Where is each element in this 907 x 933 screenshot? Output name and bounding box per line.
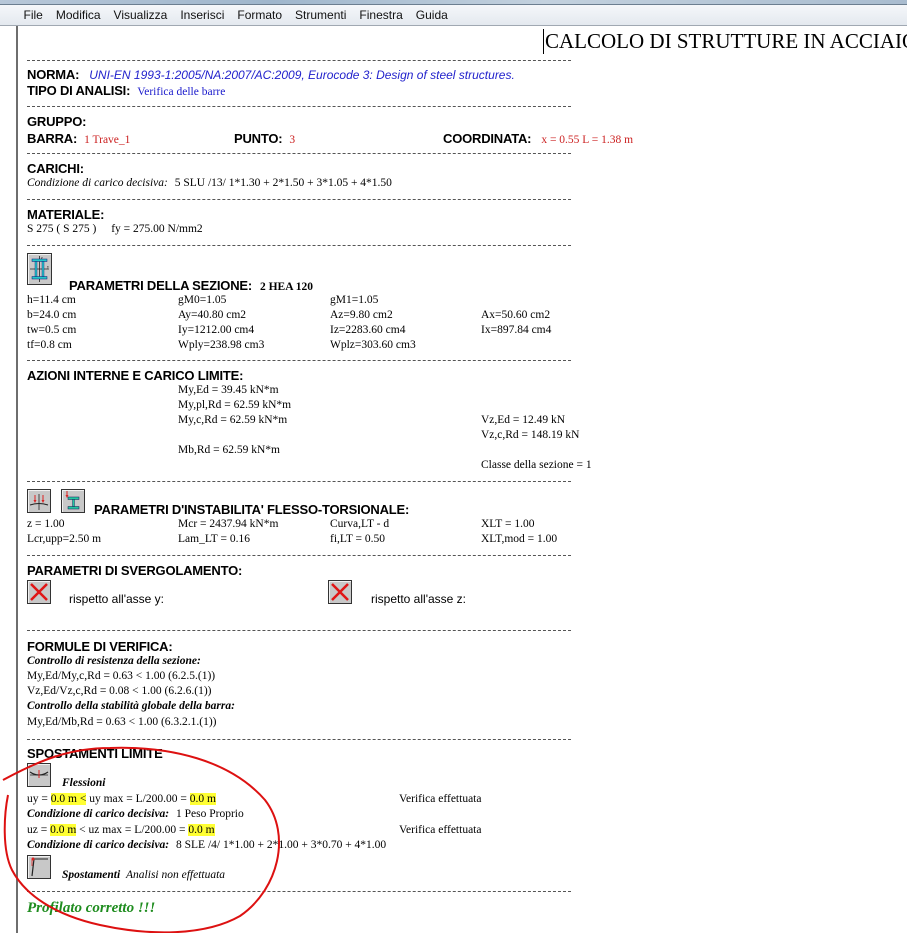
coordinata-line: COORDINATA: x = 0.55 L = 1.38 m [443, 130, 633, 148]
disabled-x-icon[interactable] [27, 580, 51, 604]
vz-c-rd: Vz,c,Rd = 148.19 kN [481, 429, 579, 441]
document-title[interactable]: CALCOLO DI STRUTTURE IN ACCIAIO [543, 29, 907, 54]
uz-status: Verifica effettuata [399, 824, 481, 836]
sezione-cell: h=11.4 cm [27, 294, 76, 306]
norma-label: NORMA: [27, 67, 79, 82]
instabilita-cell: z = 1.00 [27, 518, 64, 530]
separator [27, 153, 571, 154]
uy-condizione-line: Condizione di carico decisiva: 1 Peso Pr… [27, 808, 244, 820]
materiale-label: MATERIALE: [27, 207, 104, 222]
carichi-label: CARICHI: [27, 161, 84, 176]
section-properties-icon[interactable]: z y [27, 253, 52, 285]
resistenza-line-1: My,Ed/My,c,Rd = 0.63 < 1.00 (6.2.5.(1)) [27, 670, 215, 682]
instabilita-cell: fi,LT = 0.50 [330, 533, 385, 545]
barra-line: BARRA: 1 Trave_1 [27, 130, 130, 148]
instabilita-cell: Mcr = 2437.94 kN*m [178, 518, 278, 530]
coordinata-value: x = 0.55 L = 1.38 m [541, 134, 633, 146]
sezione-cell: Ix=897.84 cm4 [481, 324, 551, 336]
resistenza-line-2: Vz,Ed/Vz,c,Rd = 0.08 < 1.00 (6.2.6.(1)) [27, 685, 211, 697]
my-ed: My,Ed = 39.45 kN*m [178, 384, 279, 396]
menu-visualizza[interactable]: Visualizza [107, 8, 174, 22]
sezione-cell: Wply=238.98 cm3 [178, 339, 264, 351]
instabilita-cell: XLT,mod = 1.00 [481, 533, 557, 545]
result-message: Profilato corretto !!! [27, 900, 155, 917]
menu-inserisci[interactable]: Inserisci [174, 8, 231, 22]
vz-ed: Vz,Ed = 12.49 kN [481, 414, 565, 426]
stabilita-label: Controllo della stabilità globale della … [27, 700, 235, 712]
uz-line: uz = 0.0 m < uz max = L/200.00 = 0.0 m [27, 824, 215, 836]
materiale-line: S 275 ( S 275 ) fy = 275.00 N/mm2 [27, 223, 203, 235]
classe-sezione: Classe della sezione = 1 [481, 459, 592, 471]
uy-status: Verifica effettuata [399, 793, 481, 805]
uz-condizione-label: Condizione di carico decisiva: [27, 839, 169, 851]
separator [27, 199, 571, 200]
uy-condizione-value: 1 Peso Proprio [176, 808, 244, 820]
coordinata-label: COORDINATA: [443, 131, 531, 146]
uy-line: uy = 0.0 m < uy max = L/200.00 = 0.0 m [27, 793, 216, 805]
menu-file[interactable]: File [17, 8, 49, 22]
menu-finestra[interactable]: Finestra [353, 8, 409, 22]
barra-value: 1 Trave_1 [84, 134, 130, 146]
instabilita-label: PARAMETRI D'INSTABILITA' FLESSO-TORSIONA… [94, 502, 409, 517]
menu-guida[interactable]: Guida [409, 8, 454, 22]
sezione-label: PARAMETRI DELLA SEZIONE: [69, 278, 252, 293]
separator [27, 555, 571, 556]
punto-label: PUNTO: [234, 131, 282, 146]
spostamenti-sub-value: Analisi non effettuata [126, 869, 225, 881]
carichi-condizione-value: 5 SLU /13/ 1*1.30 + 2*1.50 + 3*1.05 + 4*… [175, 177, 392, 189]
my-pl-rd: My,pl,Rd = 62.59 kN*m [178, 399, 291, 411]
svg-text:y: y [47, 264, 49, 269]
materiale-name: S 275 ( S 275 ) [27, 223, 96, 235]
disabled-x-icon[interactable] [328, 580, 352, 604]
menu-bar: File Modifica Visualizza Inserisci Forma… [0, 5, 907, 26]
spostamenti-sub-label: Spostamenti [62, 869, 120, 881]
uz-limit: 0.0 m [188, 824, 214, 836]
stabilita-line-1: My,Ed/Mb,Rd = 0.63 < 1.00 (6.3.2.1.(1)) [27, 716, 217, 728]
uy-value: 0.0 m < [51, 793, 87, 805]
separator [27, 891, 571, 892]
sezione-cell: gM0=1.05 [178, 294, 226, 306]
azioni-label: AZIONI INTERNE E CARICO LIMITE: [27, 368, 243, 383]
separator [27, 106, 571, 107]
sezione-cell: Wplz=303.60 cm3 [330, 339, 416, 351]
gruppo-label: GRUPPO: [27, 114, 86, 129]
separator [27, 360, 571, 361]
uy-prefix: uy = [27, 793, 51, 805]
svg-text:z: z [41, 255, 43, 260]
sezione-profile: 2 HEA 120 [260, 281, 313, 293]
flessioni-label: Flessioni [62, 777, 105, 789]
tipo-analisi-value: Verifica delle barre [137, 86, 225, 98]
separator [27, 245, 571, 246]
spostamenti-label: SPOSTAMENTI LIMITE [27, 746, 163, 761]
deflection-icon[interactable] [27, 763, 51, 787]
displacement-icon[interactable] [27, 855, 51, 879]
sezione-cell: b=24.0 cm [27, 309, 76, 321]
beam-load-icon[interactable] [27, 489, 51, 513]
instabilita-cell: Lcr,upp=2.50 m [27, 533, 101, 545]
uz-condizione-line: Condizione di carico decisiva: 8 SLE /4/… [27, 839, 386, 851]
carichi-condizione-line: Condizione di carico decisiva: 5 SLU /13… [27, 177, 392, 189]
mb-rd: Mb,Rd = 62.59 kN*m [178, 444, 280, 456]
resistenza-label: Controllo di resistenza della sezione: [27, 655, 201, 667]
carichi-condizione-label: Condizione di carico decisiva: [27, 177, 168, 189]
separator [27, 630, 571, 631]
spostamenti-line: Spostamenti Analisi non effettuata [62, 869, 225, 881]
sezione-header: PARAMETRI DELLA SEZIONE: 2 HEA 120 [69, 277, 313, 295]
uz-value: 0.0 m [50, 824, 76, 836]
svergolamento-label: PARAMETRI DI SVERGOLAMENTO: [27, 563, 242, 578]
uy-mid: uy max = L/200.00 = [86, 793, 189, 805]
separator [27, 481, 571, 482]
instabilita-cell: Lam_LT = 0.16 [178, 533, 250, 545]
asse-y-label: rispetto all'asse y: [69, 592, 164, 606]
uz-mid: < uz max = L/200.00 = [76, 824, 188, 836]
tipo-analisi-label: TIPO DI ANALISI: [27, 83, 130, 98]
sezione-cell: Az=9.80 cm2 [330, 309, 393, 321]
punto-line: PUNTO: 3 [234, 130, 295, 148]
sezione-cell: Ax=50.60 cm2 [481, 309, 550, 321]
materiale-fy: fy = 275.00 N/mm2 [111, 223, 202, 235]
asse-z-label: rispetto all'asse z: [371, 592, 466, 606]
menu-modifica[interactable]: Modifica [49, 8, 107, 22]
sezione-cell: tw=0.5 cm [27, 324, 76, 336]
sezione-cell: gM1=1.05 [330, 294, 378, 306]
menu-formato[interactable]: Formato [231, 8, 289, 22]
uz-prefix: uz = [27, 824, 50, 836]
instabilita-cell: XLT = 1.00 [481, 518, 534, 530]
norma-value: UNI-EN 1993-1:2005/NA:2007/AC:2009, Euro… [89, 68, 515, 82]
separator [27, 60, 571, 61]
sezione-cell: Iz=2283.60 cm4 [330, 324, 405, 336]
sezione-cell: Iy=1212.00 cm4 [178, 324, 254, 336]
uz-condizione-value: 8 SLE /4/ 1*1.00 + 2*1.00 + 3*0.70 + 4*1… [176, 839, 386, 851]
tipo-analisi-line: TIPO DI ANALISI: Verifica delle barre [27, 82, 225, 100]
my-c-rd: My,c,Rd = 62.59 kN*m [178, 414, 287, 426]
punto-value: 3 [289, 134, 295, 146]
uy-limit: 0.0 m [190, 793, 216, 805]
instabilita-cell: Curva,LT - d [330, 518, 389, 530]
i-section-load-icon[interactable] [61, 489, 85, 513]
formule-label: FORMULE DI VERIFICA: [27, 639, 173, 654]
barra-label: BARRA: [27, 131, 77, 146]
separator [27, 739, 571, 740]
menu-strumenti[interactable]: Strumenti [289, 8, 353, 22]
sezione-cell: tf=0.8 cm [27, 339, 72, 351]
uy-condizione-label: Condizione di carico decisiva: [27, 808, 169, 820]
sezione-cell: Ay=40.80 cm2 [178, 309, 246, 321]
